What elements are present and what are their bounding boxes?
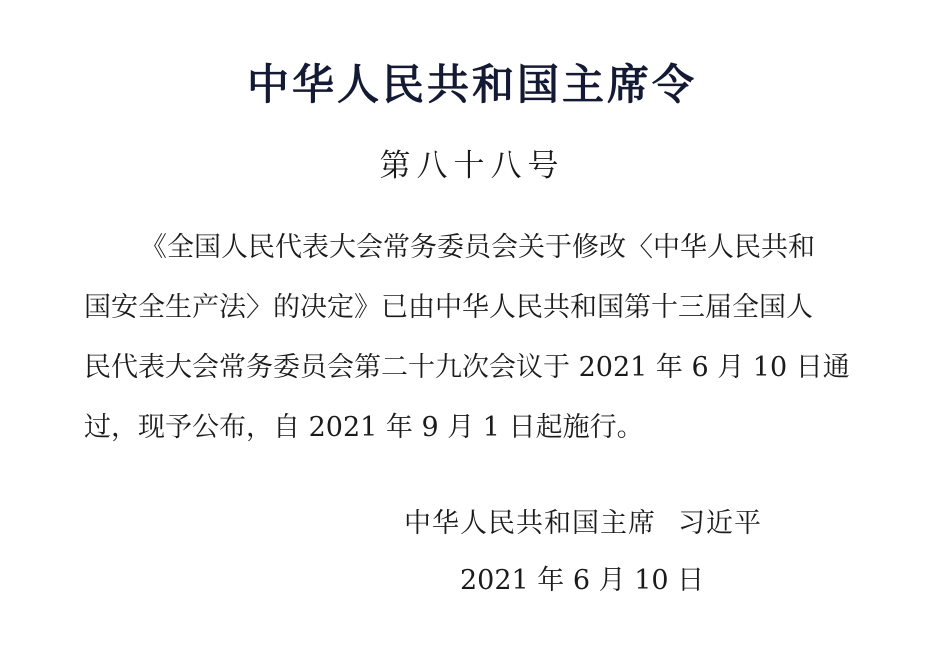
body-line: 民代表大会常务委员会第二十九次会议于 2021 年 6 月 10 日通 [84, 350, 874, 386]
body-line: 国安全生产法〉的决定》已由中华人民共和国第十三届全国人 [84, 290, 874, 326]
signatory-title: 中华人民共和国主席 [404, 508, 656, 539]
signature-block: 中华人民共和国主席习近平 [404, 506, 762, 542]
signature-date: 2021 年 6 月 10 日 [460, 563, 704, 599]
order-number: 第八十八号 [0, 146, 944, 186]
signatory-name: 习近平 [678, 508, 762, 539]
body-line: 《全国人民代表大会常务委员会关于修改〈中华人民共和 [140, 230, 930, 266]
document-title: 中华人民共和国主席令 [0, 57, 944, 113]
body-line: 过，现予公布，自 2021 年 9 月 1 日起施行。 [84, 410, 874, 446]
